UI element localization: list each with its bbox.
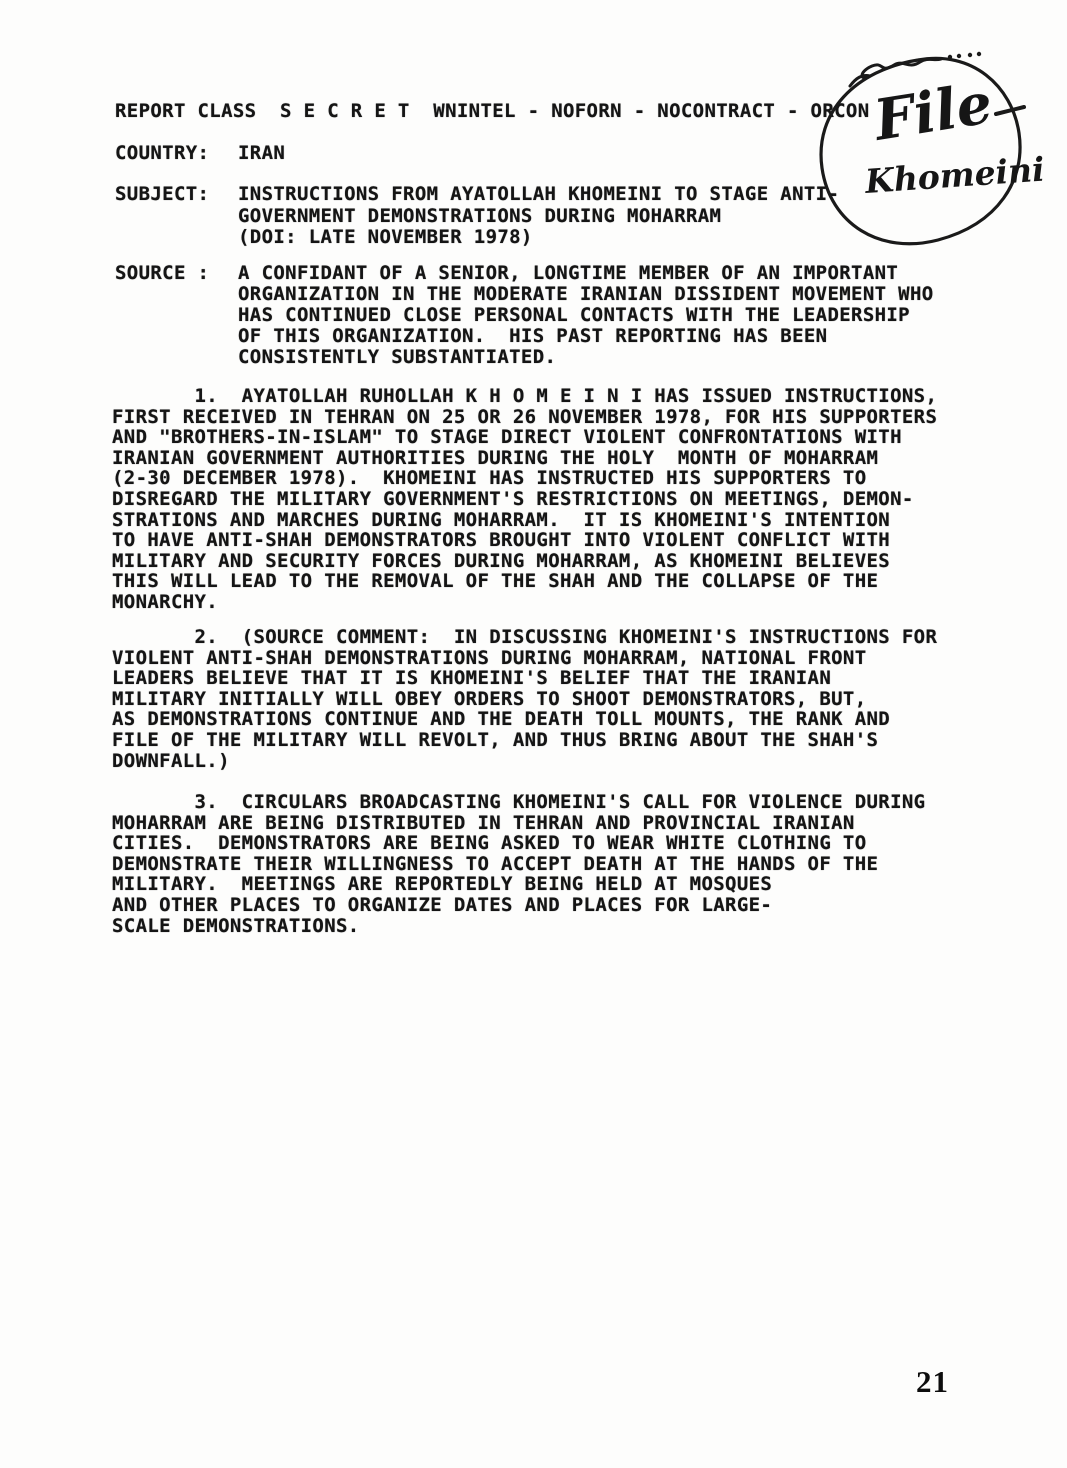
text-line: MOHARRAM ARE BEING DISTRIBUTED IN TEHRAN… bbox=[112, 813, 925, 834]
text-line: 1. AYATOLLAH RUHOLLAH K H O M E I N I HA… bbox=[112, 386, 937, 407]
subject-text: INSTRUCTIONS FROM AYATOLLAH KHOMEINI TO … bbox=[238, 184, 839, 249]
text-line: MILITARY AND SECURITY FORCES DURING MOHA… bbox=[112, 551, 937, 572]
text-line: AND "BROTHERS-IN-ISLAM" TO STAGE DIRECT … bbox=[112, 427, 937, 448]
text-line: HAS CONTINUED CLOSE PERSONAL CONTACTS WI… bbox=[238, 305, 934, 326]
subject-label: SUBJECT: bbox=[115, 184, 209, 205]
text-line: MILITARY. MEETINGS ARE REPORTEDLY BEING … bbox=[112, 874, 925, 895]
text-line: GOVERNMENT DEMONSTRATIONS DURING MOHARRA… bbox=[238, 206, 839, 228]
handwritten-annotation: File Khomeini bbox=[780, 28, 1067, 263]
country-value: IRAN bbox=[238, 143, 285, 164]
source-label: SOURCE : bbox=[115, 263, 209, 284]
text-line: SCALE DEMONSTRATIONS. bbox=[112, 916, 925, 937]
text-line: VIOLENT ANTI-SHAH DEMONSTRATIONS DURING … bbox=[112, 648, 937, 669]
text-line: MONARCHY. bbox=[112, 592, 937, 613]
text-line: 3. CIRCULARS BROADCASTING KHOMEINI'S CAL… bbox=[112, 792, 925, 813]
handwritten-scribble-dots bbox=[948, 52, 981, 59]
text-line: CITIES. DEMONSTRATORS ARE BEING ASKED TO… bbox=[112, 833, 925, 854]
source-text: A CONFIDANT OF A SENIOR, LONGTIME MEMBER… bbox=[238, 263, 934, 368]
text-line: A CONFIDANT OF A SENIOR, LONGTIME MEMBER… bbox=[238, 263, 934, 284]
text-line: STRATIONS AND MARCHES DURING MOHARRAM. I… bbox=[112, 510, 937, 531]
classification-header: REPORT CLASS S E C R E T WNINTEL - NOFOR… bbox=[115, 101, 870, 122]
text-line: AND OTHER PLACES TO ORGANIZE DATES AND P… bbox=[112, 895, 925, 916]
text-line: (2-30 DECEMBER 1978). KHOMEINI HAS INSTR… bbox=[112, 468, 937, 489]
text-line: FIRST RECEIVED IN TEHRAN ON 25 OR 26 NOV… bbox=[112, 407, 937, 428]
text-line: FILE OF THE MILITARY WILL REVOLT, AND TH… bbox=[112, 730, 937, 751]
text-line: MILITARY INITIALLY WILL OBEY ORDERS TO S… bbox=[112, 689, 937, 710]
text-line: IRANIAN GOVERNMENT AUTHORITIES DURING TH… bbox=[112, 448, 937, 469]
paragraph-1: 1. AYATOLLAH RUHOLLAH K H O M E I N I HA… bbox=[112, 386, 937, 613]
text-line: OF THIS ORGANIZATION. HIS PAST REPORTING… bbox=[238, 326, 934, 347]
text-line: DEMONSTRATE THEIR WILLINGNESS TO ACCEPT … bbox=[112, 854, 925, 875]
text-line: INSTRUCTIONS FROM AYATOLLAH KHOMEINI TO … bbox=[238, 184, 839, 206]
text-line: LEADERS BELIEVE THAT IT IS KHOMEINI'S BE… bbox=[112, 668, 937, 689]
paragraph-3: 3. CIRCULARS BROADCASTING KHOMEINI'S CAL… bbox=[112, 792, 925, 936]
text-line: CONSISTENTLY SUBSTANTIATED. bbox=[238, 347, 934, 368]
page-number: 21 bbox=[916, 1364, 949, 1400]
text-line: (DOI: LATE NOVEMBER 1978) bbox=[238, 227, 839, 249]
text-line: 2. (SOURCE COMMENT: IN DISCUSSING KHOMEI… bbox=[112, 627, 937, 648]
text-line: AS DEMONSTRATIONS CONTINUE AND THE DEATH… bbox=[112, 709, 937, 730]
text-line: TO HAVE ANTI-SHAH DEMONSTRATORS BROUGHT … bbox=[112, 530, 937, 551]
text-line: DOWNFALL.) bbox=[112, 751, 937, 772]
paragraph-2: 2. (SOURCE COMMENT: IN DISCUSSING KHOMEI… bbox=[112, 627, 937, 771]
document-page: REPORT CLASS S E C R E T WNINTEL - NOFOR… bbox=[0, 0, 1067, 1468]
annotation-word-khomeini: Khomeini bbox=[863, 150, 1046, 202]
text-line: DISREGARD THE MILITARY GOVERNMENT'S REST… bbox=[112, 489, 937, 510]
annotation-dash bbox=[996, 107, 1024, 114]
text-line: ORGANIZATION IN THE MODERATE IRANIAN DIS… bbox=[238, 284, 934, 305]
annotation-word-file: File bbox=[868, 70, 997, 154]
country-label: COUNTRY: bbox=[115, 143, 209, 164]
text-line: THIS WILL LEAD TO THE REMOVAL OF THE SHA… bbox=[112, 571, 937, 592]
